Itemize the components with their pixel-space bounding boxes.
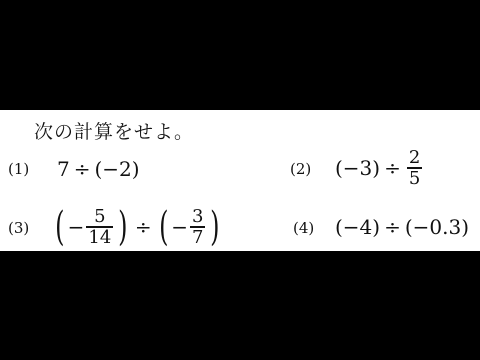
operand-a: 7 <box>57 157 70 181</box>
operand-b: (−0.3) <box>405 215 469 239</box>
problem-2-expression: (−3) ÷ 2 5 <box>335 145 424 191</box>
problem-1-label: (1) <box>8 160 29 178</box>
left-paren: ( <box>55 207 64 247</box>
minus-sign: − <box>171 215 188 239</box>
divide-sign: ÷ <box>384 215 401 239</box>
problem-3-label: (3) <box>8 219 29 237</box>
divide-sign: ÷ <box>135 215 152 239</box>
instruction-text: 次の計算をせよ。 <box>34 117 194 144</box>
operand-b: (−2) <box>95 157 140 181</box>
problem-3-expression: ( − 5 14 ) ÷ ( − 3 7 ) <box>52 204 223 250</box>
numerator: 5 <box>92 207 107 226</box>
left-paren: ( <box>159 207 168 247</box>
numerator: 3 <box>190 207 205 226</box>
operand-a: (−3) <box>335 156 380 180</box>
problem-2-label: (2) <box>290 160 311 178</box>
right-paren: ) <box>211 207 220 247</box>
denominator: 7 <box>190 228 205 247</box>
numerator: 2 <box>407 148 422 167</box>
problem-4-expression: (−4) ÷ (−0.3) <box>335 214 469 240</box>
problem-1-expression: 7 ÷ (−2) <box>57 156 140 182</box>
operand-a: (−4) <box>335 215 380 239</box>
minus-sign: − <box>68 215 85 239</box>
divide-sign: ÷ <box>384 156 401 180</box>
right-paren: ) <box>118 207 127 247</box>
divide-sign: ÷ <box>74 157 91 181</box>
denominator: 14 <box>86 228 113 247</box>
fraction-b: 3 7 <box>190 207 205 247</box>
fraction-a: 5 14 <box>86 207 113 247</box>
problem-4-label: (4) <box>293 219 314 237</box>
fraction-b: 2 5 <box>407 148 422 188</box>
denominator: 5 <box>407 169 422 188</box>
